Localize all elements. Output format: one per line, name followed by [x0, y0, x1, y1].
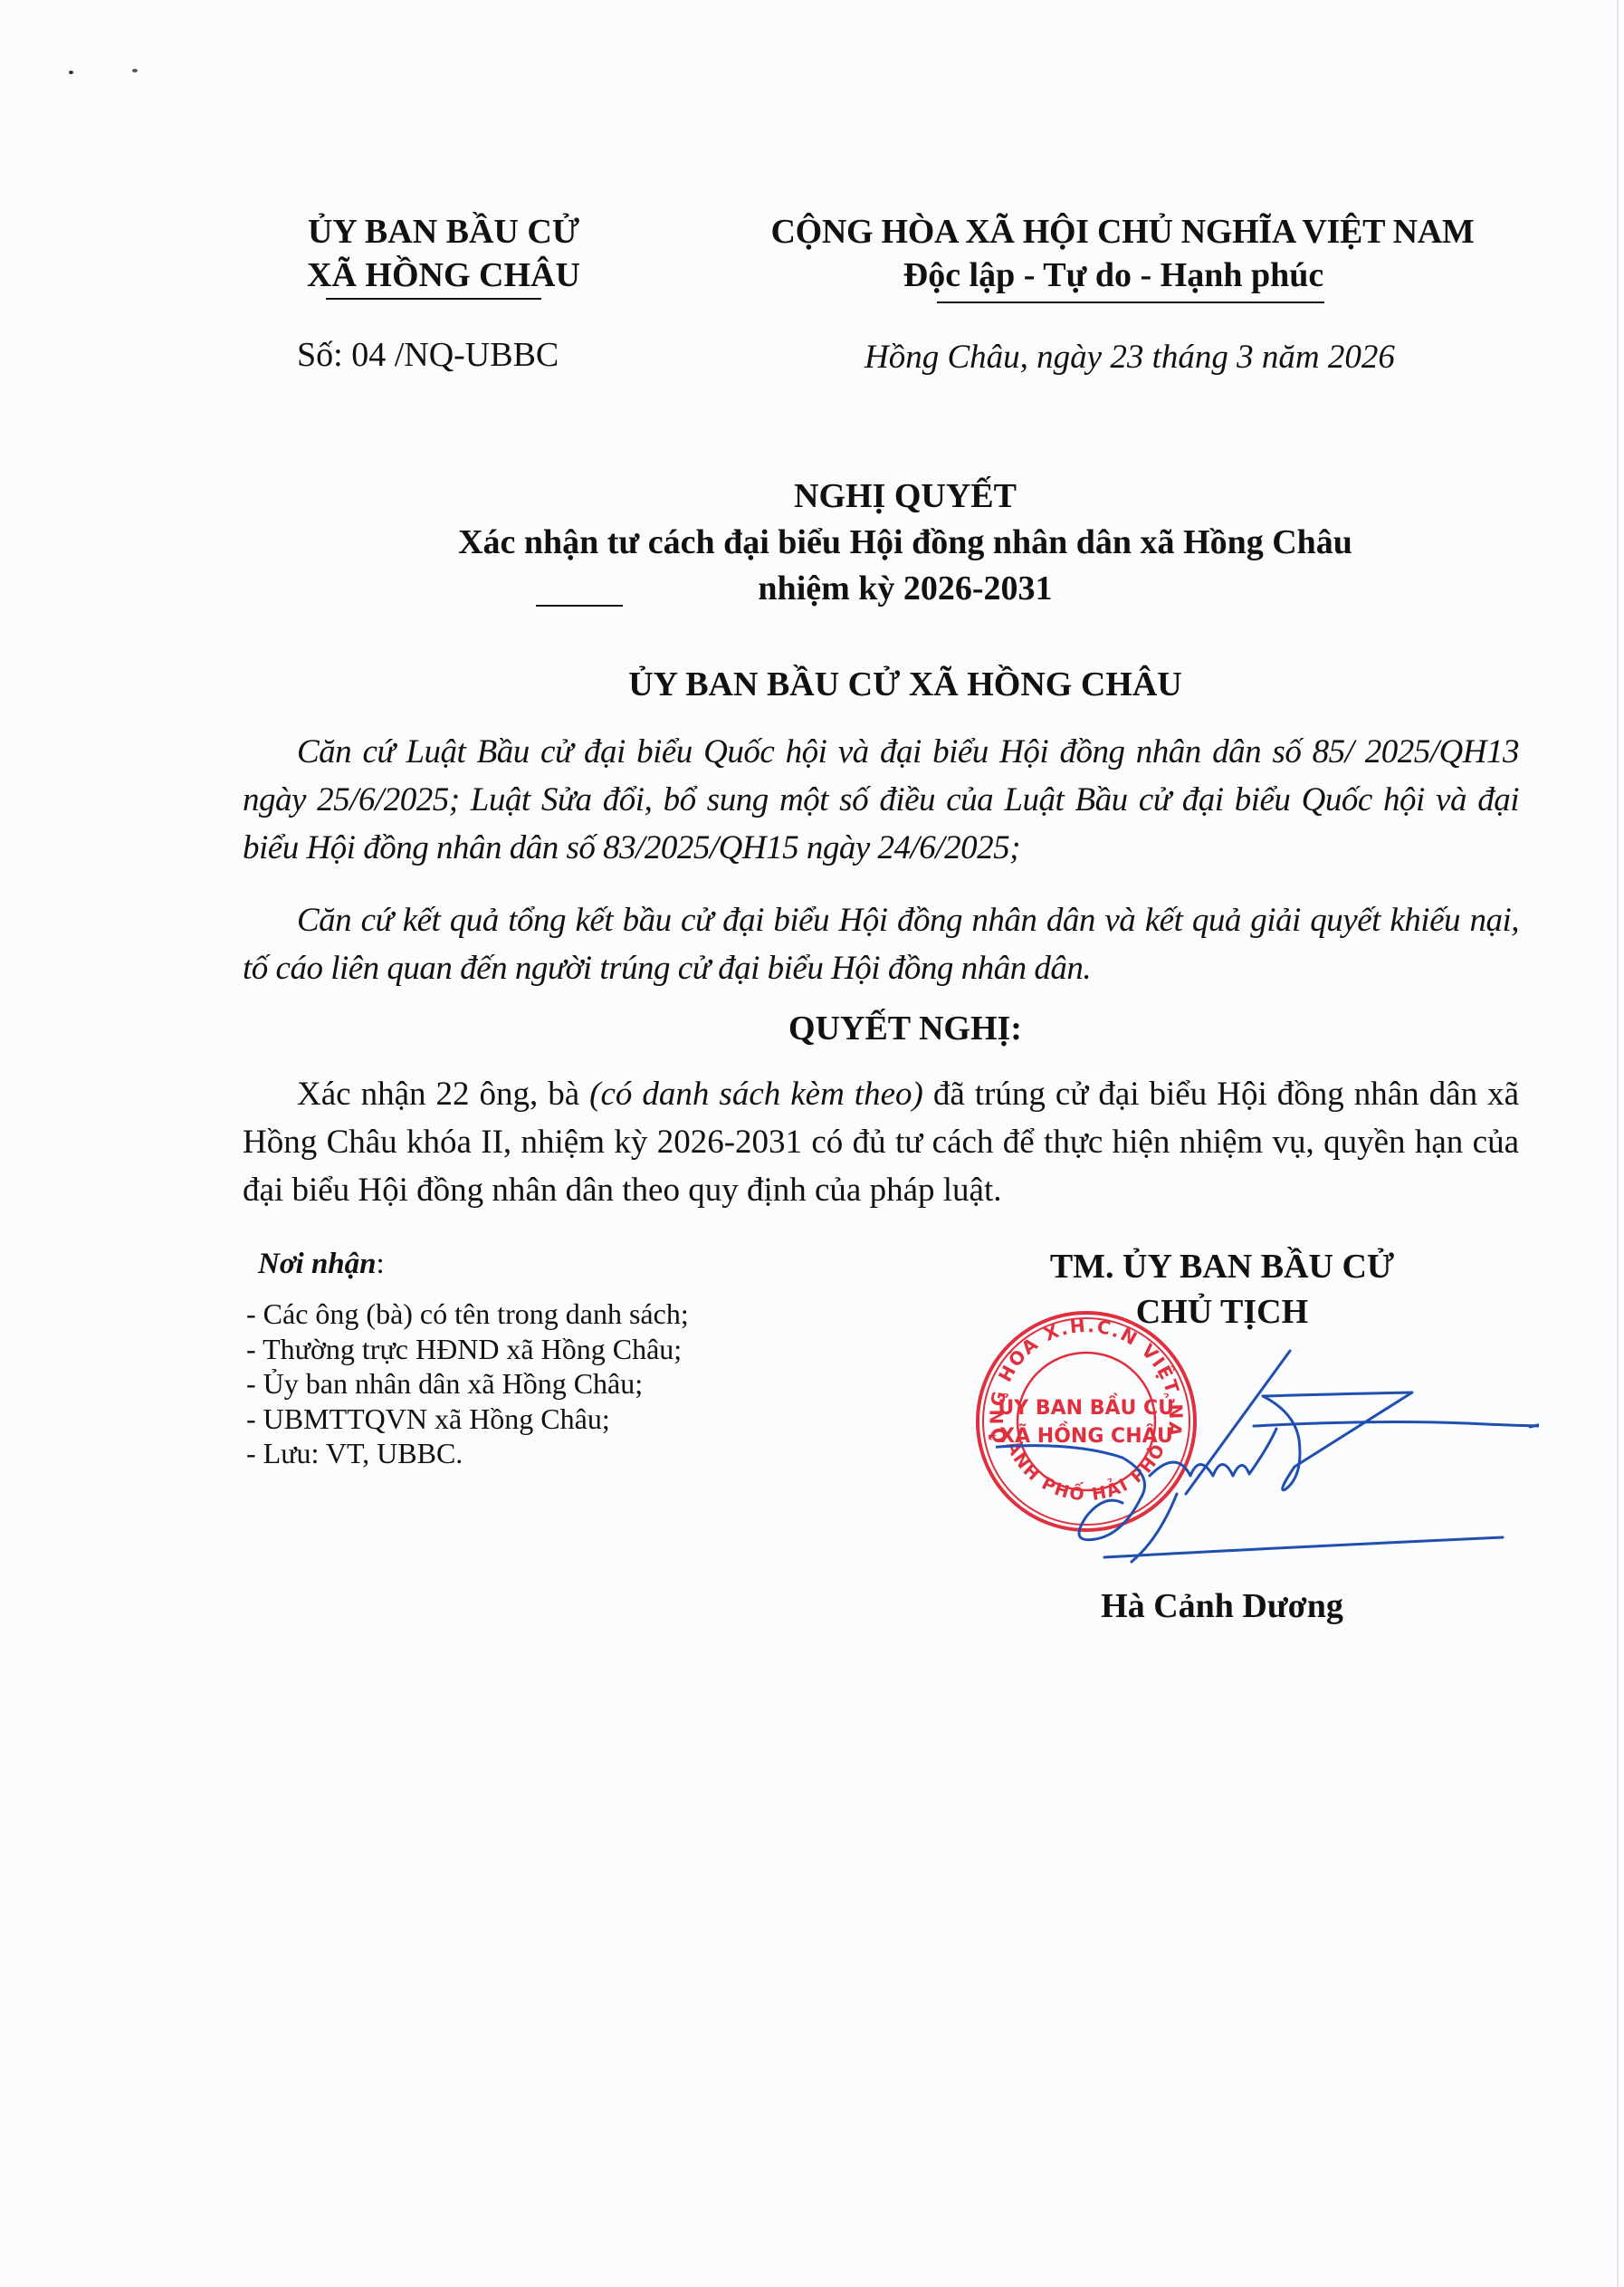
- national-motto: Độc lập - Tự do - Hạnh phúc: [697, 254, 1530, 297]
- legal-basis-2-text: Căn cứ kết quả tổng kết bầu cử đại biểu …: [243, 902, 1519, 987]
- issuer-name-line2: XÃ HỒNG CHÂU: [244, 254, 643, 297]
- resolution-text-part1: Xác nhận 22 ông, bà: [297, 1076, 589, 1113]
- scan-speck: [132, 69, 138, 72]
- recipients-title: Nơi nhận:: [258, 1248, 385, 1281]
- subject-underline: [536, 605, 623, 607]
- handwritten-signature-icon: [996, 1340, 1539, 1593]
- authority-heading: ỦY BAN BẦU CỬ XÃ HỒNG CHÂU: [272, 661, 1539, 708]
- legal-basis-2: Căn cứ kết quả tổng kết bầu cử đại biểu …: [243, 896, 1519, 992]
- signature-position: CHỦ TỊCH: [960, 1289, 1485, 1335]
- motto-underline: [937, 301, 1324, 303]
- place-date: Hồng Châu, ngày 23 tháng 3 năm 2026: [865, 338, 1395, 377]
- recipient-item: - Lưu: VT, UBBC.: [246, 1436, 689, 1471]
- document-number: Số: 04 /NQ-UBBC: [297, 335, 559, 375]
- legal-basis-1-text: Căn cứ Luật Bầu cử đại biểu Quốc hội và …: [243, 733, 1519, 866]
- document-subject-line2: nhiệm kỳ 2026-2031: [272, 565, 1539, 612]
- document-page: ỦY BAN BẦU CỬ XÃ HỒNG CHÂU Số: 04 /NQ-UB…: [0, 0, 1624, 2287]
- scan-speck: [69, 71, 73, 74]
- document-subject-line1: Xác nhận tư cách đại biểu Hội đồng nhân …: [272, 519, 1539, 566]
- recipient-item: - Thường trực HĐND xã Hồng Châu;: [246, 1332, 689, 1367]
- document-type: NGHỊ QUYẾT: [272, 473, 1539, 520]
- signature-on-behalf: TM. ỦY BAN BẦU CỬ: [960, 1244, 1485, 1289]
- recipient-item: - Các ông (bà) có tên trong danh sách;: [246, 1297, 689, 1332]
- resolution-text-italic: (có danh sách kèm theo): [589, 1076, 923, 1113]
- recipient-item: - UBMTTQVN xã Hồng Châu;: [246, 1402, 689, 1437]
- issuer-name-line1: ỦY BAN BẦU CỬ: [244, 210, 643, 254]
- recipients-list: - Các ông (bà) có tên trong danh sách; -…: [246, 1297, 689, 1471]
- scan-edge: [1617, 0, 1619, 2287]
- legal-basis-1: Căn cứ Luật Bầu cử đại biểu Quốc hội và …: [243, 728, 1519, 872]
- resolution-text: Xác nhận 22 ông, bà (có danh sách kèm th…: [243, 1070, 1519, 1214]
- resolution-heading: QUYẾT NGHỊ:: [272, 1005, 1539, 1052]
- national-title: CỘNG HÒA XÃ HỘI CHỦ NGHĨA VIỆT NAM: [706, 210, 1539, 254]
- issuer-underline: [326, 298, 541, 300]
- recipient-item: - Ủy ban nhân dân xã Hồng Châu;: [246, 1366, 689, 1402]
- signer-name: Hà Cảnh Dương: [960, 1586, 1485, 1626]
